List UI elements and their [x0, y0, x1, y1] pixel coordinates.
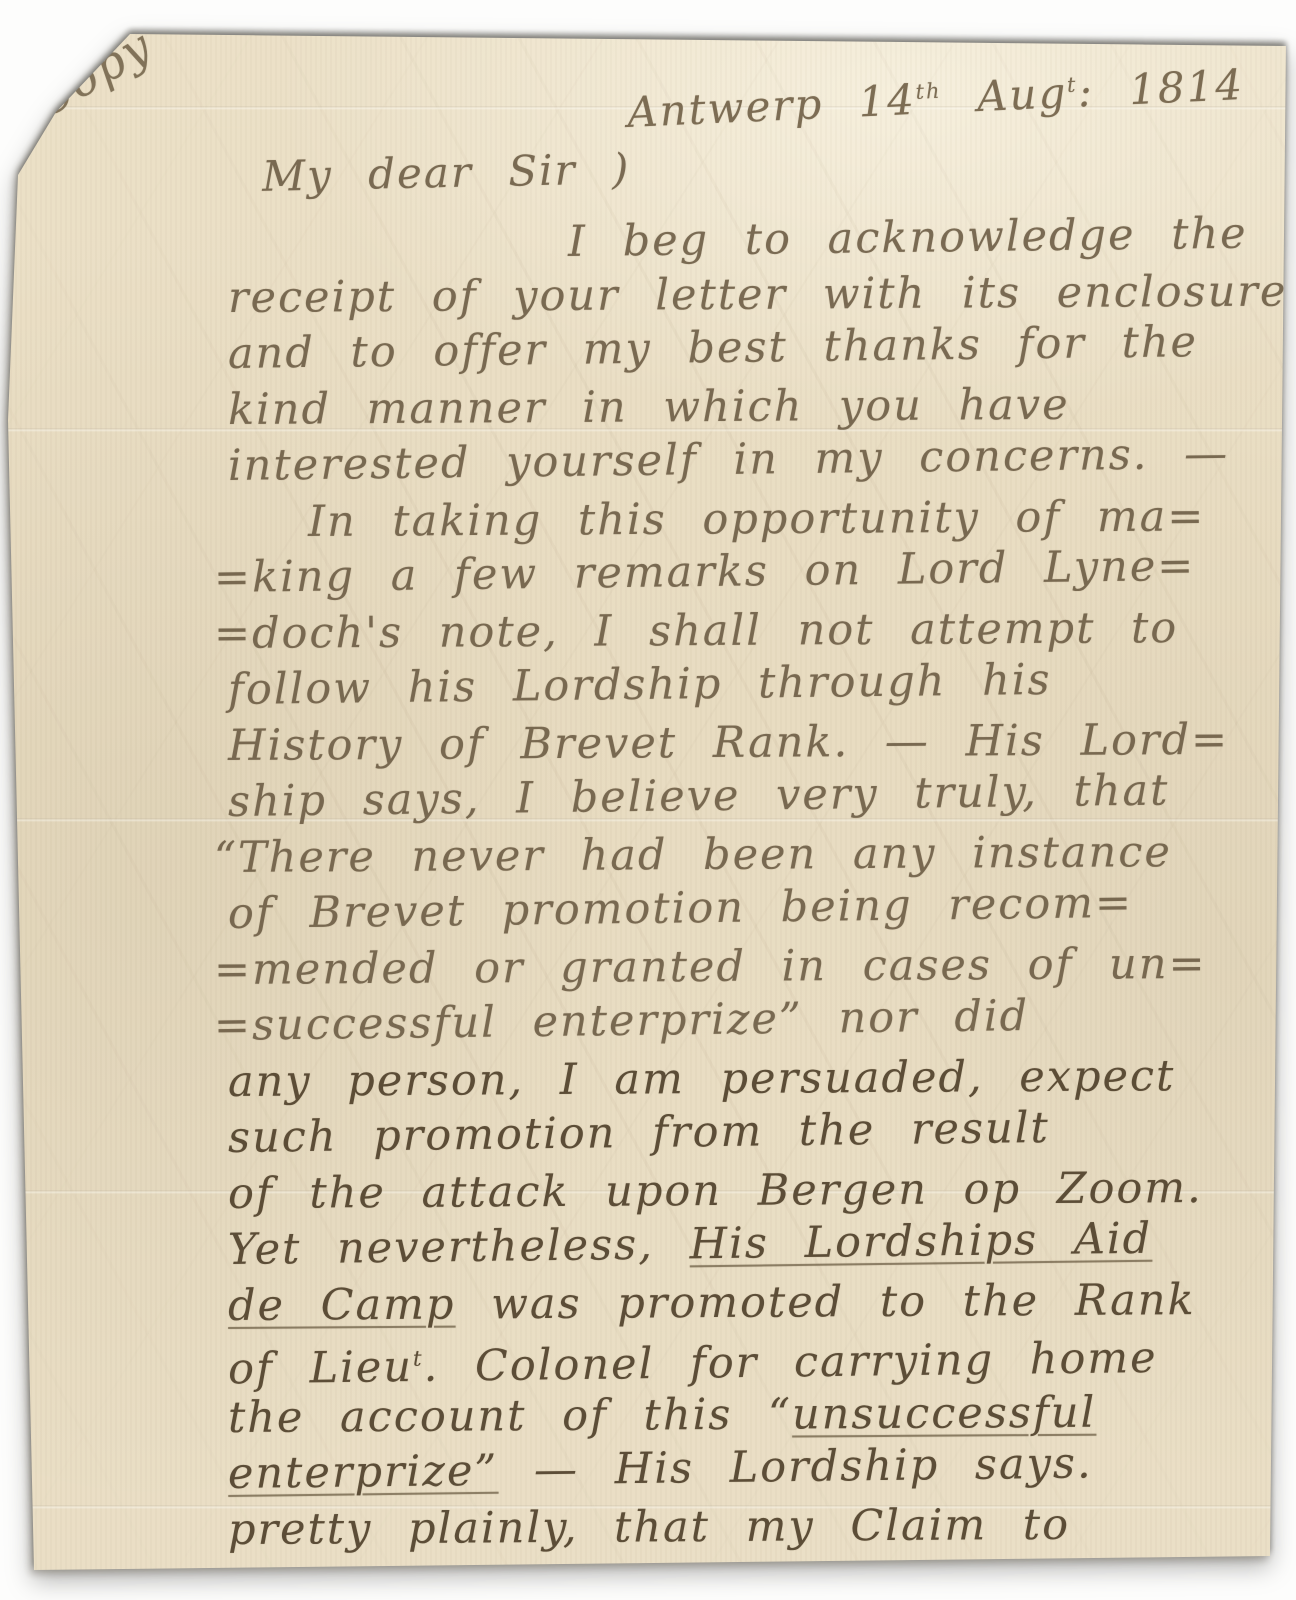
- letter-line: interested yourself in my concerns. —: [228, 425, 1269, 494]
- letter-line: of Lieut. Colonel for carrying home: [228, 1321, 1269, 1390]
- handwriting-segment: Aug: [940, 68, 1068, 123]
- handwriting-segment: th: [915, 79, 942, 104]
- handwriting-segment: interested yourself in my concerns. —: [228, 429, 1230, 491]
- letter-body: I beg to acknowledge thereceipt of your …: [228, 214, 1268, 1558]
- handwriting-segment: History of Brevet Rank. — His Lord=: [228, 715, 1229, 771]
- scanned-letter-photo: Copy Antwerp 14th Augt: 1814 My dear Sir…: [0, 0, 1296, 1600]
- handwriting-segment: “There never had been any instance: [214, 827, 1172, 883]
- copy-annotation: Copy: [25, 18, 161, 128]
- letter-line: =king a few remarks on Lord Lyne=: [214, 537, 1269, 606]
- handwriting-segment: His Lordships Aid: [689, 1214, 1152, 1270]
- letter-line: follow his Lordship through his: [228, 649, 1269, 718]
- handwriting-segment: the account of this “: [228, 1390, 792, 1443]
- handwriting-segment: enterprize”: [228, 1446, 499, 1499]
- handwriting-segment: . Colonel for carrying home: [423, 1333, 1157, 1392]
- handwriting-segment: any person, I am persuaded, expect: [228, 1051, 1176, 1107]
- handwriting-segment: =mended or granted in cases of un=: [214, 939, 1207, 995]
- letter-line: such promotion from the result: [228, 1097, 1269, 1166]
- handwriting-segment: was promoted to the Rank: [455, 1275, 1195, 1330]
- handwriting-segment: unsuccessful: [792, 1388, 1097, 1440]
- handwriting-segment: of Brevet promotion being recom=: [228, 878, 1134, 939]
- letter-paper: Copy Antwerp 14th Augt: 1814 My dear Sir…: [0, 0, 1296, 1600]
- handwriting-segment: of the attack upon Bergen op Zoom.: [228, 1163, 1203, 1219]
- letter-line: enterprize” — His Lordship says.: [228, 1433, 1269, 1502]
- letter-line: and to offer my best thanks for the: [228, 313, 1269, 382]
- handwriting-segment: I beg to acknowledge the: [568, 209, 1248, 267]
- handwriting-segment: and to offer my best thanks for the: [228, 317, 1199, 379]
- salutation: My dear Sir ): [262, 144, 631, 201]
- handwriting-segment: — His Lordship says.: [498, 1438, 1093, 1495]
- handwriting-segment: kind manner in which you have: [228, 380, 1070, 435]
- date-line: Antwerp 14th Augt: 1814: [626, 60, 1245, 137]
- letter-line: of Brevet promotion being recom=: [228, 873, 1269, 942]
- handwriting-segment: ship says, I believe very truly, that: [228, 766, 1170, 827]
- letter-line: Yet nevertheless, His Lordships Aid: [228, 1209, 1269, 1278]
- handwriting-segment: t: [413, 1347, 424, 1372]
- letter-line: ship says, I believe very truly, that: [228, 761, 1269, 830]
- handwriting-segment: : 1814: [1076, 60, 1244, 116]
- handwriting-segment: follow his Lordship through his: [228, 655, 1052, 715]
- handwriting-segment: pretty plainly, that my Claim to: [228, 1500, 1070, 1555]
- paper-shadow-wrap: Copy Antwerp 14th Augt: 1814 My dear Sir…: [0, 0, 1296, 1600]
- handwriting-segment: t: [1066, 73, 1078, 97]
- letter-line: I beg to acknowledge the: [568, 205, 1269, 270]
- handwriting-segment: of Lieu: [228, 1342, 414, 1394]
- handwriting-segment: de Camp: [228, 1280, 456, 1331]
- handwriting-segment: =king a few remarks on Lord Lyne=: [214, 541, 1196, 603]
- handwriting-segment: Yet nevertheless,: [228, 1219, 690, 1275]
- handwriting-segment: Antwerp 14: [626, 75, 917, 137]
- letter-line: =successful enterprize” nor did: [214, 985, 1269, 1054]
- handwriting-segment: such promotion from the result: [228, 1103, 1050, 1163]
- handwriting-segment: =doch's note, I shall not attempt to: [214, 603, 1179, 659]
- letter-line: pretty plainly, that my Claim to: [228, 1496, 1268, 1558]
- handwriting-segment: =successful enterprize” nor did: [214, 991, 1030, 1051]
